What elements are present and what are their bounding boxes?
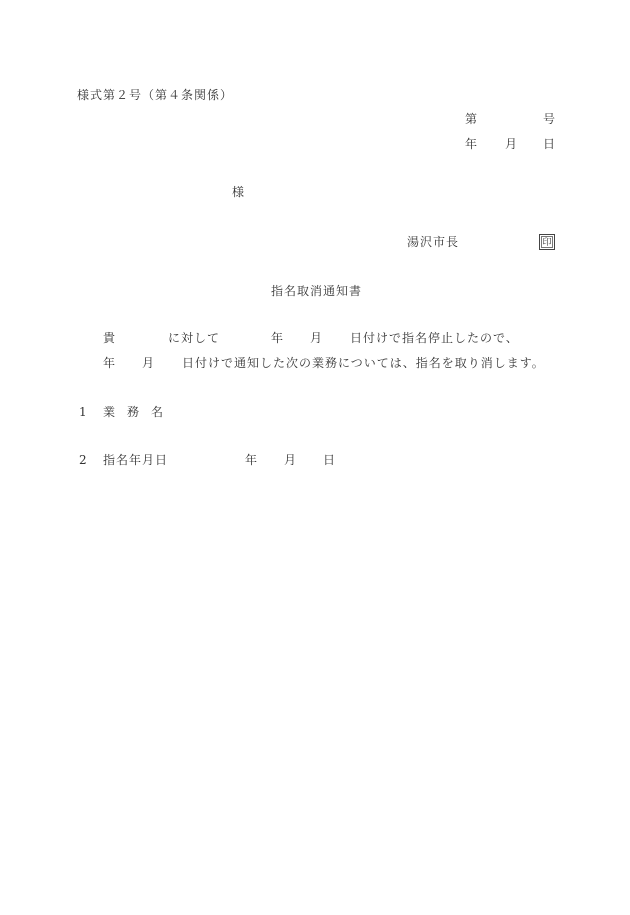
number-suffix: 号 [543, 112, 556, 126]
body-line1-to: に対して [168, 331, 220, 345]
body-line1-year: 年 [271, 331, 284, 345]
date-day: 日 [543, 137, 556, 151]
item-2-number: 2 [79, 453, 88, 467]
item-1-number: 1 [79, 405, 88, 419]
seal-stamp-icon: 印 [539, 234, 555, 250]
form-label: 様式第２号（第４条関係） [77, 88, 233, 102]
body-line2-month: 月 [142, 356, 155, 370]
date-month: 月 [505, 137, 518, 151]
body-line1-honorific: 貴 [103, 331, 116, 345]
addressee-suffix: 様 [232, 185, 245, 199]
body-line1-month: 月 [310, 331, 323, 345]
body-line1-rest: 日付けで指名停止したので、 [350, 331, 519, 345]
item-2-year: 年 [245, 453, 258, 467]
number-prefix: 第 [465, 112, 478, 126]
document-title: 指名取消通知書 [271, 284, 362, 298]
item-1-label: 業 務 名 [103, 405, 163, 419]
body-line2-year: 年 [103, 356, 116, 370]
item-2-label: 指名年月日 [103, 453, 168, 467]
body-line2-rest: 日付けで通知した次の業務については、指名を取り消します。 [182, 356, 545, 370]
item-2-month: 月 [284, 453, 297, 467]
item-2-day: 日 [323, 453, 336, 467]
date-year: 年 [465, 137, 478, 151]
issuer-title: 湯沢市長 [407, 235, 459, 249]
